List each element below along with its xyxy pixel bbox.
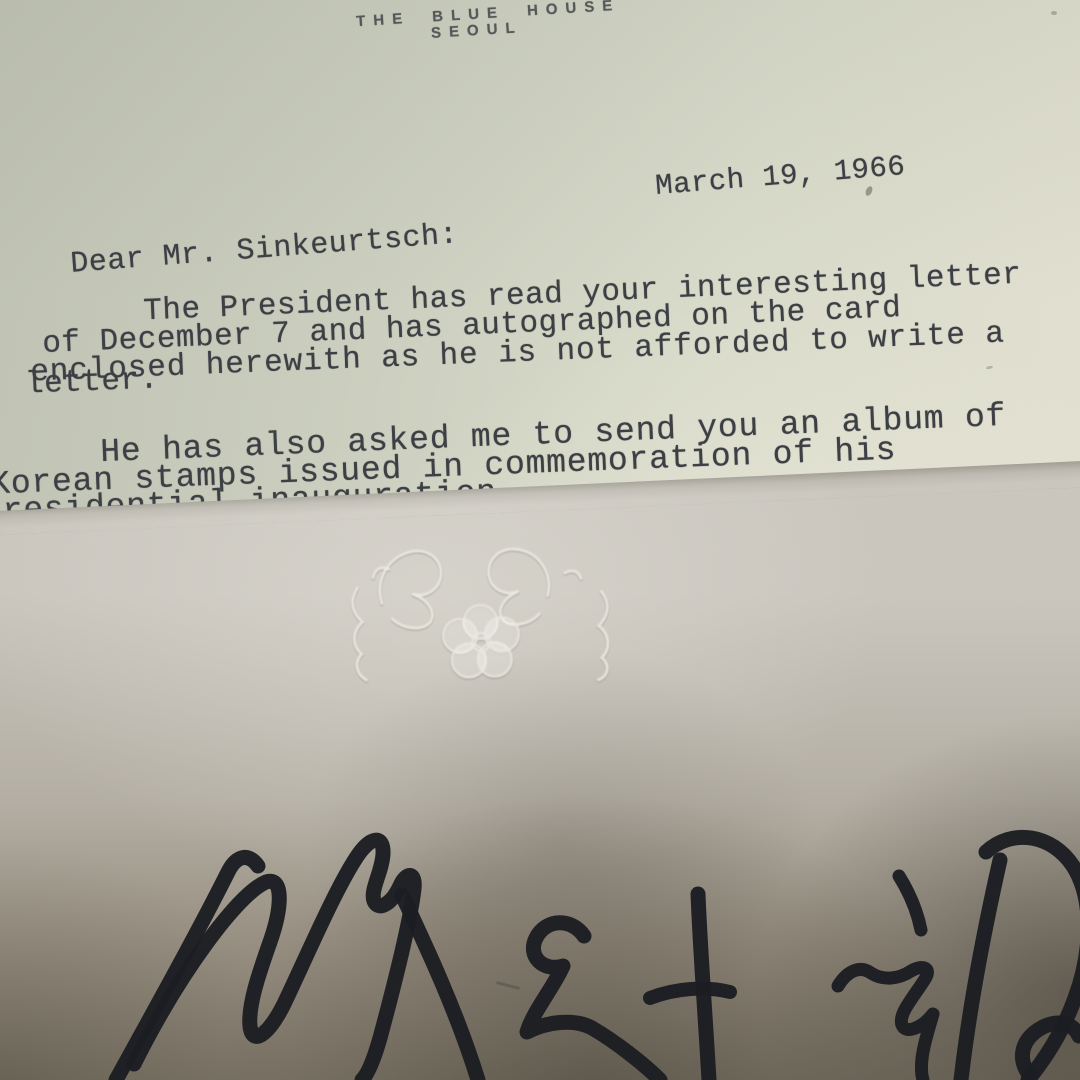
body-line: letter. bbox=[24, 364, 159, 400]
letterhead-line2: SEOUL bbox=[431, 20, 523, 41]
paper-speck bbox=[986, 365, 993, 369]
paper-speck bbox=[864, 185, 874, 197]
paper-speck bbox=[1051, 11, 1057, 15]
salutation: Dear Mr. Sinkeurtsch: bbox=[69, 220, 459, 280]
photo-of-letter-and-card: THE BLUE HOUSE SEOUL March 19, 1966 Dear… bbox=[0, 0, 1080, 1080]
